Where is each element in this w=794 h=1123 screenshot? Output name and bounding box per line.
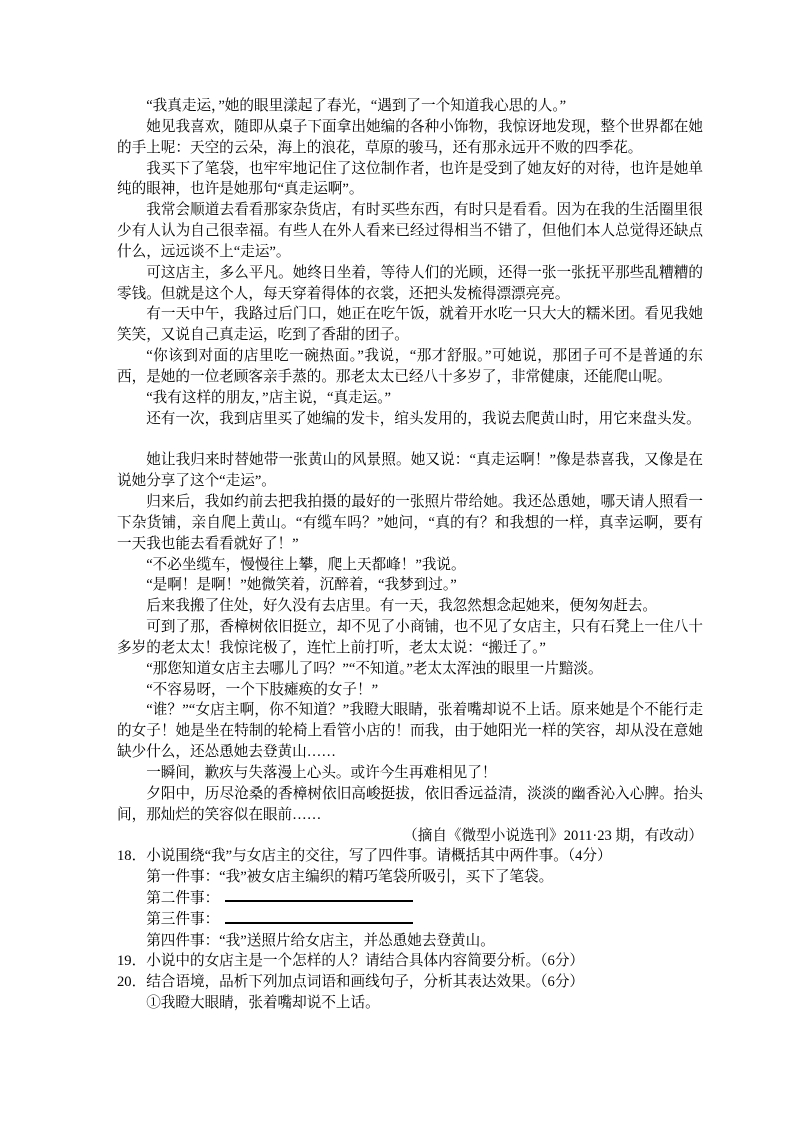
story-paragraph: 她让我归来时替她带一张黄山的风景照。她又说：“真走运啊！”像是恭喜我，又像是在说…	[117, 450, 703, 492]
question-20-item-1: ①我瞪大眼睛，张着嘴却说不上话。	[117, 993, 703, 1014]
answer-blank-line	[225, 909, 413, 923]
item-label: ①	[146, 995, 161, 1011]
item-text: 我瞪大眼睛，张着嘴却说不上话。	[161, 995, 380, 1011]
question-18: 18．小说围绕“我”与女店主的交往，写了四件事。请概括其中两件事。（4分）	[117, 846, 703, 867]
story-paragraph: “你该到对面的店里吃一碗热面。”我说，“那才舒服。”可她说，那团子可不是普通的东…	[117, 346, 703, 388]
item-text: “我”送照片给女店主，并怂恿她去登黄山。	[219, 933, 495, 949]
story-paragraph: 我常会顺道去看看那家杂货店，有时买些东西，有时只是看看。因为在我的生活圈里很少有…	[117, 200, 703, 263]
story-paragraph: 我买下了笔袋，也牢牢地记住了这位制作者，也许是受到了她友好的对待，也许是她单纯的…	[117, 159, 703, 201]
question-18-item-1: 第一件事：“我”被女店主编织的精巧笔袋所吸引，买下了笔袋。	[117, 867, 703, 888]
document-body: “我真走运，”她的眼里漾起了春光，“遇到了一个知道我心思的人。” 她见我喜欢，随…	[117, 96, 703, 1014]
question-number: 18．	[117, 848, 146, 864]
question-text: 结合语境，品析下列加点词语和画线句子，分析其表达效果。（6分）	[146, 974, 584, 990]
item-label: 第一件事：	[146, 869, 219, 885]
story-paragraph: “那您知道女店主去哪儿了吗？”“不知道。”老太太浑浊的眼里一片黯淡。	[117, 659, 703, 680]
item-label: 第四件事：	[146, 933, 219, 949]
story-paragraph: 夕阳中，历尽沧桑的香樟树依旧高峻挺拔，依旧香远益清，淡淡的幽香沁入心脾。抬头间，…	[117, 784, 703, 826]
question-text: 小说围绕“我”与女店主的交往，写了四件事。请概括其中两件事。（4分）	[146, 848, 611, 864]
question-18-item-3: 第三件事：	[117, 909, 703, 930]
story-paragraph: 还有一次，我到店里买了她编的发卡，绾头发用的，我说去爬黄山时，用它来盘头发。	[117, 409, 703, 430]
story-paragraph: “不必坐缆车，慢慢往上攀，爬上天都峰！”我说。	[117, 555, 703, 576]
story-paragraph: 她见我喜欢，随即从桌子下面拿出她编的各种小饰物，我惊讶地发现，整个世界都在她的手…	[117, 117, 703, 159]
story-paragraph: 可到了那，香樟树依旧挺立，却不见了小商铺，也不见了女店主，只有石凳上一住八十多岁…	[117, 617, 703, 659]
story-paragraph: “谁？”“女店主啊，你不知道？”我瞪大眼睛，张着嘴却说不上话。原来她是个不能行走…	[117, 700, 703, 763]
question-20: 20．结合语境，品析下列加点词语和画线句子，分析其表达效果。（6分）	[117, 972, 703, 993]
story-paragraph: 有一天中午，我路过后门口，她正在吃午饭，就着开水吃一只大大的糯米团。看见我她笑笑…	[117, 304, 703, 346]
story-paragraph: 一瞬间，歉疚与失落漫上心头。或许今生再难相见了！	[117, 763, 703, 784]
question-18-item-2: 第二件事：	[117, 888, 703, 909]
story-paragraph: “是啊！是啊！”她微笑着，沉醉着，“我梦到过。”	[117, 575, 703, 596]
source-attribution: （摘自《微型小说选刊》2011·23 期，有改动）	[117, 826, 703, 847]
paragraph-gap	[117, 430, 703, 451]
item-label: 第三件事：	[146, 912, 219, 928]
story-paragraph: “我真走运，”她的眼里漾起了春光，“遇到了一个知道我心思的人。”	[117, 96, 703, 117]
story-paragraph: 可这店主，多么平凡。她终日坐着，等待人们的光顾，还得一张一张抚平那些乱糟糟的零钱…	[117, 263, 703, 305]
question-18-item-4: 第四件事：“我”送照片给女店主，并怂恿她去登黄山。	[117, 931, 703, 952]
story-paragraph: “不容易呀，一个下肢瘫痪的女子！”	[117, 680, 703, 701]
story-paragraph: 后来我搬了住处，好久没有去店里。有一天，我忽然想念起她来，便匆匆赶去。	[117, 596, 703, 617]
item-label: 第二件事：	[146, 890, 219, 906]
question-number: 20．	[117, 974, 146, 990]
question-text: 小说中的女店主是一个怎样的人？请结合具体内容简要分析。（6分）	[146, 953, 584, 969]
story-paragraph: “我有这样的朋友，”店主说，“真走运。”	[117, 388, 703, 409]
story-paragraph: 归来后，我如约前去把我拍摄的最好的一张照片带给她。我还怂恿她，哪天请人照看一下杂…	[117, 492, 703, 555]
question-19: 19．小说中的女店主是一个怎样的人？请结合具体内容简要分析。（6分）	[117, 951, 703, 972]
question-number: 19．	[117, 953, 146, 969]
answer-blank-line	[225, 888, 413, 902]
item-text: “我”被女店主编织的精巧笔袋所吸引，买下了笔袋。	[219, 869, 553, 885]
